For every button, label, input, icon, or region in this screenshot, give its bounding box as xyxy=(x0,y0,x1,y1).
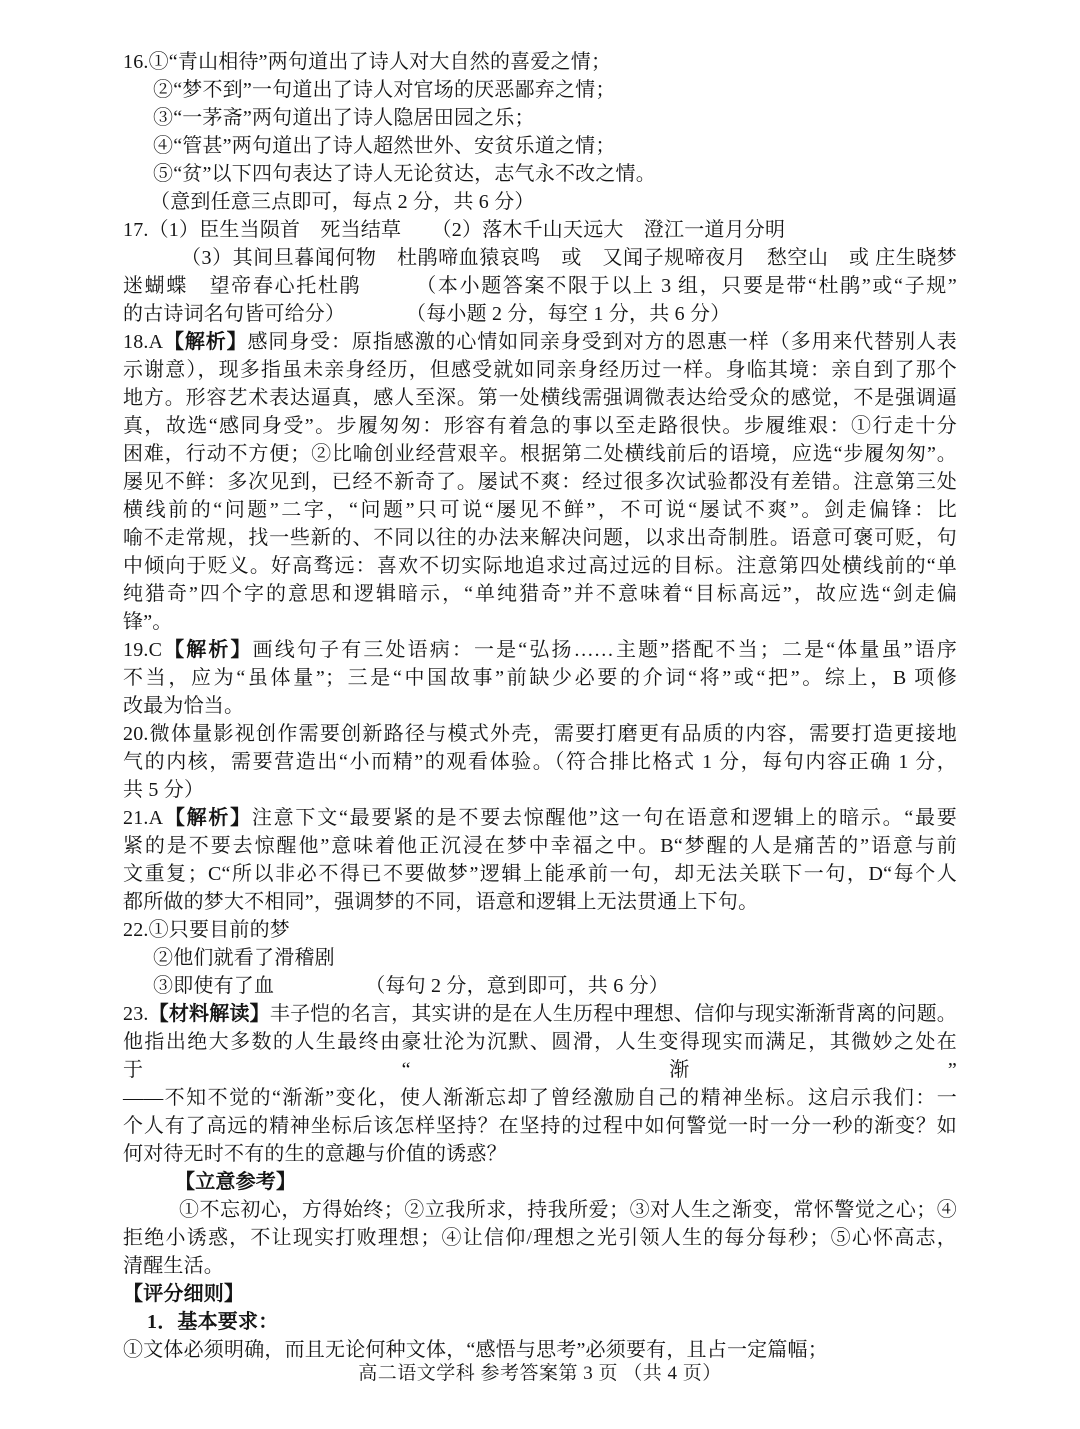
text-line: 都所做的梦大不相同”，强调梦的不同，语意和逻辑上无法贯通上下句。 xyxy=(123,888,957,916)
text-line: ①不忘初心，方得始终；②立我所求，持我所爱；③对人生之渐变，常怀警觉之心；④ xyxy=(123,1196,957,1224)
text-run: 地方。形容艺术表达逼真，感人至深。第一处横线需强调微表达给受众的感觉，不是强调逼 xyxy=(123,387,957,409)
text-run: 20.微体量影视创作需要创新路径与模式外壳，需要打磨更有品质的内容，需要打造更接… xyxy=(123,723,957,745)
text-run: ②“梦不到”一句道出了诗人对官场的厌恶鄙弃之情； xyxy=(153,79,616,101)
text-line: 清醒生活。 xyxy=(123,1252,957,1280)
text-line: 气的内核，需要营造出“小而精”的观看体验。（符合排比格式 1 分，每句内容正确 … xyxy=(123,748,957,776)
text-line: 的古诗词名句皆可给分） （每小题 2 分，每空 1 分，共 6 分） xyxy=(123,300,957,328)
text-run: 丰子恺的名言，其实讲的是在人生历程中理想、信仰与现实渐渐背离的问题。 xyxy=(270,1003,957,1025)
text-line: （3）其间旦暮闻何物 杜鹃啼血猿哀鸣 或 又闻子规啼夜月 愁空山 或 庄生晓梦 xyxy=(123,244,957,272)
text-line: 喻不走常规，找一些新的、不同以往的办法来解决问题，以求出奇制胜。语意可褒可贬，句 xyxy=(123,524,957,552)
text-run: 纯猎奇”四个字的意思和逻辑暗示，“单纯猎奇”并不意味着“目标高远”，故应选“剑走… xyxy=(123,583,957,605)
text-line: ②他们就看了滑稽剧 xyxy=(123,944,957,972)
text-run: ⑤“贫”以下四句表达了诗人无论贫达，志气永不改之情。 xyxy=(153,163,656,185)
text-run: 示谢意），现多指虽未亲身经历，但感受就如同亲身经历过一样。身临其境：亲自到了那个 xyxy=(123,359,957,381)
text-run: 气的内核，需要营造出“小而精”的观看体验。（符合排比格式 1 分，每句内容正确 … xyxy=(123,751,957,773)
text-run: 16.①“青山相待”两句道出了诗人对大自然的喜爱之情； xyxy=(123,51,611,73)
text-line: ④“管甚”两句道出了诗人超然世外、安贫乐道之情； xyxy=(123,132,957,160)
text-run: 屡见不鲜：多次见到，已经不新奇了。屡试不爽：经过很多次试验都没有差错。注意第三处 xyxy=(123,471,957,493)
text-run: 22.①只要目前的梦 xyxy=(123,919,290,941)
text-run: 21.A xyxy=(123,807,163,829)
text-line: 拒绝小诱惑，不让现实打败理想；④让信仰/理想之光引领人生的每分每秒；⑤心怀高志， xyxy=(123,1224,957,1252)
answer-lines: 16.①“青山相待”两句道出了诗人对大自然的喜爱之情；②“梦不到”一句道出了诗人… xyxy=(123,48,957,1364)
text-line: 共 5 分） xyxy=(123,776,957,804)
page-footer: 高二语文学科 参考答案第 3 页 （共 4 页） xyxy=(0,1358,1080,1385)
bold-label: 【评分细则】 xyxy=(123,1283,244,1305)
text-line: 1．基本要求： xyxy=(123,1308,957,1336)
bold-label: 【材料解读】 xyxy=(149,1003,270,1025)
text-line: ⑤“贫”以下四句表达了诗人无论贫达，志气永不改之情。 xyxy=(123,160,957,188)
answer-sheet-page: 16.①“青山相待”两句道出了诗人对大自然的喜爱之情；②“梦不到”一句道出了诗人… xyxy=(0,0,1080,1429)
text-line: ②“梦不到”一句道出了诗人对官场的厌恶鄙弃之情； xyxy=(123,76,957,104)
bold-label: 【立意参考】 xyxy=(175,1171,296,1193)
text-run: ——不知不觉的“渐渐”变化，使人渐渐忘却了曾经激励自己的精神坐标。这启示我们：一 xyxy=(123,1087,957,1109)
text-run: 改最为恰当。 xyxy=(123,695,244,717)
bold-label: 【解析】 xyxy=(163,331,247,353)
text-line: 18.A【解析】感同身受：原指感激的心情如同亲身受到对方的恩惠一样（多用来代替别… xyxy=(123,328,957,356)
text-run: 文重复；C“所以非必不得已不要做梦”逻辑上能承前一句，却无法关联下一句，D“每个… xyxy=(123,863,957,885)
text-run: 中倾向于贬义。好高骛远：喜欢不切实际地追求过高过远的目标。注意第四处横线前的“单 xyxy=(123,555,957,577)
text-run: 拒绝小诱惑，不让现实打败理想；④让信仰/理想之光引领人生的每分每秒；⑤心怀高志， xyxy=(123,1227,957,1249)
text-run: 注意下文“最要紧的是不要去惊醒他”这一句在语意和逻辑上的暗示。“最要 xyxy=(252,807,957,829)
text-run: 不当，应为“虽体量”；三是“中国故事”前缺少必要的介词“将”或“把”。综上，B … xyxy=(123,667,957,689)
text-run: 困难，行动不方便；②比喻创业经营艰辛。根据第二处横线前后的语境，应选“步履匆匆”… xyxy=(123,443,957,465)
text-line: 中倾向于贬义。好高骛远：喜欢不切实际地追求过高过远的目标。注意第四处横线前的“单 xyxy=(123,552,957,580)
text-run: 17.（1）臣生当陨首 死当结草 （2）落木千山天远大 澄江一道月分明 xyxy=(123,219,785,241)
text-line: 【立意参考】 xyxy=(123,1168,957,1196)
text-run: 个人有了高远的精神坐标后该怎样坚持？在坚持的过程中如何警觉一时一分一秒的渐变？如 xyxy=(123,1115,957,1137)
text-line: ——不知不觉的“渐渐”变化，使人渐渐忘却了曾经激励自己的精神坐标。这启示我们：一 xyxy=(123,1084,957,1112)
text-run: （3）其间旦暮闻何物 杜鹃啼血猿哀鸣 或 又闻子规啼夜月 愁空山 或 庄生晓梦 xyxy=(181,247,957,269)
text-run: 锋”。 xyxy=(123,611,172,633)
text-line: 22.①只要目前的梦 xyxy=(123,916,957,944)
text-run: 何对待无时不有的生的意趣与价值的诱惑？ xyxy=(123,1143,507,1165)
bold-label: 【解析】 xyxy=(163,807,252,829)
text-run: 都所做的梦大不相同”，强调梦的不同，语意和逻辑上无法贯通上下句。 xyxy=(123,891,758,913)
text-line: 横线前的“问题”二字，“问题”只可说“屡见不鲜”，不可说“屡试不爽”。剑走偏锋：… xyxy=(123,496,957,524)
text-run: 23. xyxy=(123,1003,149,1025)
text-run: ①不忘初心，方得始终；②立我所求，持我所爱；③对人生之渐变，常怀警觉之心；④ xyxy=(179,1199,957,1221)
text-line: 困难，行动不方便；②比喻创业经营艰辛。根据第二处横线前后的语境，应选“步履匆匆”… xyxy=(123,440,957,468)
text-line: ③“一茅斋”两句道出了诗人隐居田园之乐； xyxy=(123,104,957,132)
text-line: 紧的是不要去惊醒他”意味着他正沉浸在梦中幸福之中。B“梦醒的人是痛苦的”语意与前 xyxy=(123,832,957,860)
text-run: 的古诗词名句皆可给分） （每小题 2 分，每空 1 分，共 6 分） xyxy=(123,303,730,325)
text-line: 迷蝴蝶 望帝春心托杜鹃 （本小题答案不限于以上 3 组，只要是带“杜鹃”或“子规… xyxy=(123,272,957,300)
text-run: 18.A xyxy=(123,331,163,353)
text-run: 19.C xyxy=(123,639,162,661)
text-line: 真，故选“感同身受”。步履匆匆：形容有着急的事以至走路很快。步履维艰：①行走十分 xyxy=(123,412,957,440)
text-line: 改最为恰当。 xyxy=(123,692,957,720)
text-run: ②他们就看了滑稽剧 xyxy=(153,947,335,969)
text-run: ③“一茅斋”两句道出了诗人隐居田园之乐； xyxy=(153,107,535,129)
text-line: 纯猎奇”四个字的意思和逻辑暗示，“单纯猎奇”并不意味着“目标高远”，故应选“剑走… xyxy=(123,580,957,608)
text-line: 屡见不鲜：多次见到，已经不新奇了。屡试不爽：经过很多次试验都没有差错。注意第三处 xyxy=(123,468,957,496)
text-line: 【评分细则】 xyxy=(123,1280,957,1308)
text-line: 19.C【解析】画线句子有三处语病：一是“弘扬……主题”搭配不当；二是“体量虽”… xyxy=(123,636,957,664)
text-run: 横线前的“问题”二字，“问题”只可说“屡见不鲜”，不可说“屡试不爽”。剑走偏锋：… xyxy=(123,499,957,521)
text-line: 23.【材料解读】丰子恺的名言，其实讲的是在人生历程中理想、信仰与现实渐渐背离的… xyxy=(123,1000,957,1028)
text-line: ③即使有了血 （每句 2 分，意到即可，共 6 分） xyxy=(123,972,957,1000)
text-run: 感同身受：原指感激的心情如同亲身受到对方的恩惠一样（多用来代替别人表 xyxy=(248,331,958,353)
text-line: 20.微体量影视创作需要创新路径与模式外壳，需要打磨更有品质的内容，需要打造更接… xyxy=(123,720,957,748)
text-run: 真，故选“感同身受”。步履匆匆：形容有着急的事以至走路很快。步履维艰：①行走十分 xyxy=(123,415,957,437)
text-line: 地方。形容艺术表达逼真，感人至深。第一处横线需强调微表达给受众的感觉，不是强调逼 xyxy=(123,384,957,412)
text-run: ③即使有了血 （每句 2 分，意到即可，共 6 分） xyxy=(153,975,669,997)
text-line: 17.（1）臣生当陨首 死当结草 （2）落木千山天远大 澄江一道月分明 xyxy=(123,216,957,244)
text-run: （意到任意三点即可，每点 2 分，共 6 分） xyxy=(150,191,535,213)
bold-label: 【解析】 xyxy=(162,639,253,661)
text-run: 共 5 分） xyxy=(123,779,204,801)
text-run: 紧的是不要去惊醒他”意味着他正沉浸在梦中幸福之中。B“梦醒的人是痛苦的”语意与前 xyxy=(123,835,957,857)
text-line: （意到任意三点即可，每点 2 分，共 6 分） xyxy=(123,188,957,216)
text-run: ④“管甚”两句道出了诗人超然世外、安贫乐道之情； xyxy=(153,135,616,157)
text-line: 21.A【解析】注意下文“最要紧的是不要去惊醒他”这一句在语意和逻辑上的暗示。“… xyxy=(123,804,957,832)
text-run: 喻不走常规，找一些新的、不同以往的办法来解决问题，以求出奇制胜。语意可褒可贬，句 xyxy=(123,527,957,549)
text-run: 画线句子有三处语病：一是“弘扬……主题”搭配不当；二是“体量虽”语序 xyxy=(253,639,957,661)
bold-label: 1．基本要求： xyxy=(147,1311,278,1333)
text-line: 示谢意），现多指虽未亲身经历，但感受就如同亲身经历过一样。身临其境：亲自到了那个 xyxy=(123,356,957,384)
text-line: 个人有了高远的精神坐标后该怎样坚持？在坚持的过程中如何警觉一时一分一秒的渐变？如 xyxy=(123,1112,957,1140)
text-line: 文重复；C“所以非必不得已不要做梦”逻辑上能承前一句，却无法关联下一句，D“每个… xyxy=(123,860,957,888)
text-line: 何对待无时不有的生的意趣与价值的诱惑？ xyxy=(123,1140,957,1168)
text-line: 不当，应为“虽体量”；三是“中国故事”前缺少必要的介词“将”或“把”。综上，B … xyxy=(123,664,957,692)
text-line: 锋”。 xyxy=(123,608,957,636)
text-line: 16.①“青山相待”两句道出了诗人对大自然的喜爱之情； xyxy=(123,48,957,76)
text-run: 清醒生活。 xyxy=(123,1255,224,1277)
text-run: 他指出绝大多数的人生最终由豪壮沦为沉默、圆滑，人生变得现实而满足，其微妙之处在于… xyxy=(123,1031,957,1081)
text-run: 迷蝴蝶 望帝春心托杜鹃 （本小题答案不限于以上 3 组，只要是带“杜鹃”或“子规… xyxy=(123,275,957,297)
text-line: 他指出绝大多数的人生最终由豪壮沦为沉默、圆滑，人生变得现实而满足，其微妙之处在于… xyxy=(123,1028,957,1084)
